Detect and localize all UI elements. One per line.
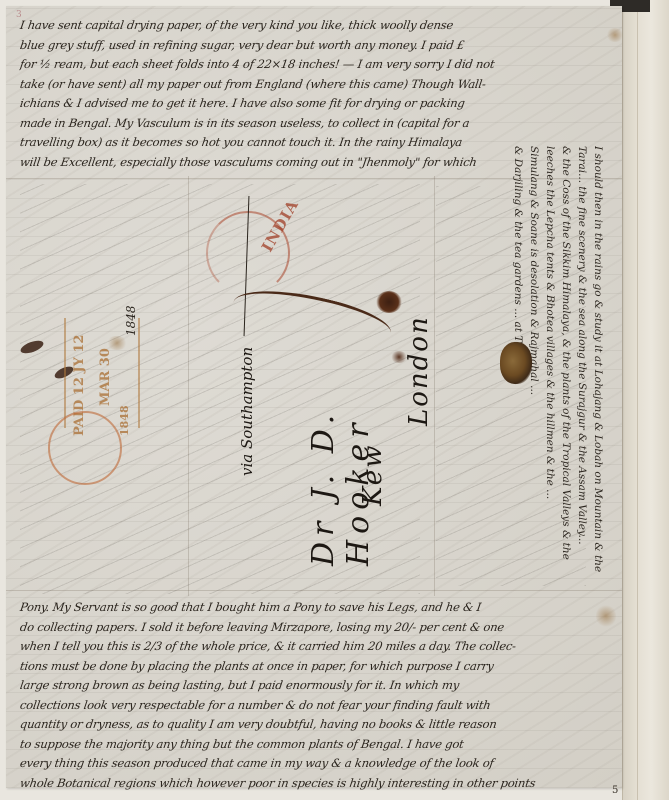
text-line: large strong brown as being lasting, but…: [19, 676, 612, 696]
receiving-postmark-line: 1848: [118, 405, 131, 436]
text-line: made in Bengal. My Vasculum is in its se…: [19, 114, 602, 134]
ink-blot: [376, 291, 402, 313]
album-mount-edge: [622, 0, 669, 800]
address-route-note: via Southampton: [238, 347, 256, 476]
text-line: Pony. My Servant is so good that I bough…: [19, 598, 612, 618]
text-line: & the Coss of the Sikkim Himalaya, & the…: [558, 146, 574, 586]
text-line: every thing this season produced that ca…: [19, 754, 612, 774]
text-line: I should then in the rains go & study it…: [590, 146, 606, 586]
text-line: blue grey stuff, used in refining sugar,…: [19, 36, 602, 56]
page-number: 5: [612, 785, 618, 796]
fold-line-right: [434, 176, 435, 596]
text-line: do collecting papers. I sold it before l…: [19, 618, 612, 638]
text-line: collections look very respectable for a …: [19, 696, 612, 716]
text-line: leeches the Lepcha tents & Bhotea villag…: [542, 146, 558, 586]
text-line: Tarai... the fine scenery & the sea alon…: [574, 146, 590, 586]
cross-written-margin-text: I should then in the rains go & study it…: [476, 146, 606, 586]
address-city: London: [404, 315, 434, 426]
letter-sheet: 3 I have sent capital drying paper, of t…: [6, 6, 622, 788]
foxing-stain: [606, 28, 624, 42]
text-line: whole Botanical regions which however po…: [19, 774, 612, 794]
text-line: to suppose the majority any thing but th…: [19, 735, 612, 755]
text-line: when I tell you this is 2/3 of the whole…: [19, 637, 612, 657]
text-line: tions must be done by placing the plants…: [19, 657, 612, 677]
receiving-postmark-line: MAR 30: [98, 348, 113, 406]
text-line: take (or have sent) all my paper out fro…: [19, 75, 602, 95]
text-line: I have sent capital drying paper, of the…: [19, 16, 602, 36]
letter-body-bottom: Pony. My Servant is so good that I bough…: [20, 598, 610, 793]
handwritten-year: 1848: [124, 305, 138, 336]
text-line: ichians & I advised me to get it here. I…: [19, 94, 602, 114]
circular-postmark: [48, 411, 122, 485]
ink-blot: [391, 351, 407, 363]
address-place: Kew: [358, 444, 388, 506]
text-line: quantity or dryness, as to quality I am …: [19, 715, 612, 735]
text-line: for ½ ream, but each sheet folds into 4 …: [19, 55, 602, 75]
wax-seal-remnant: [500, 342, 532, 384]
